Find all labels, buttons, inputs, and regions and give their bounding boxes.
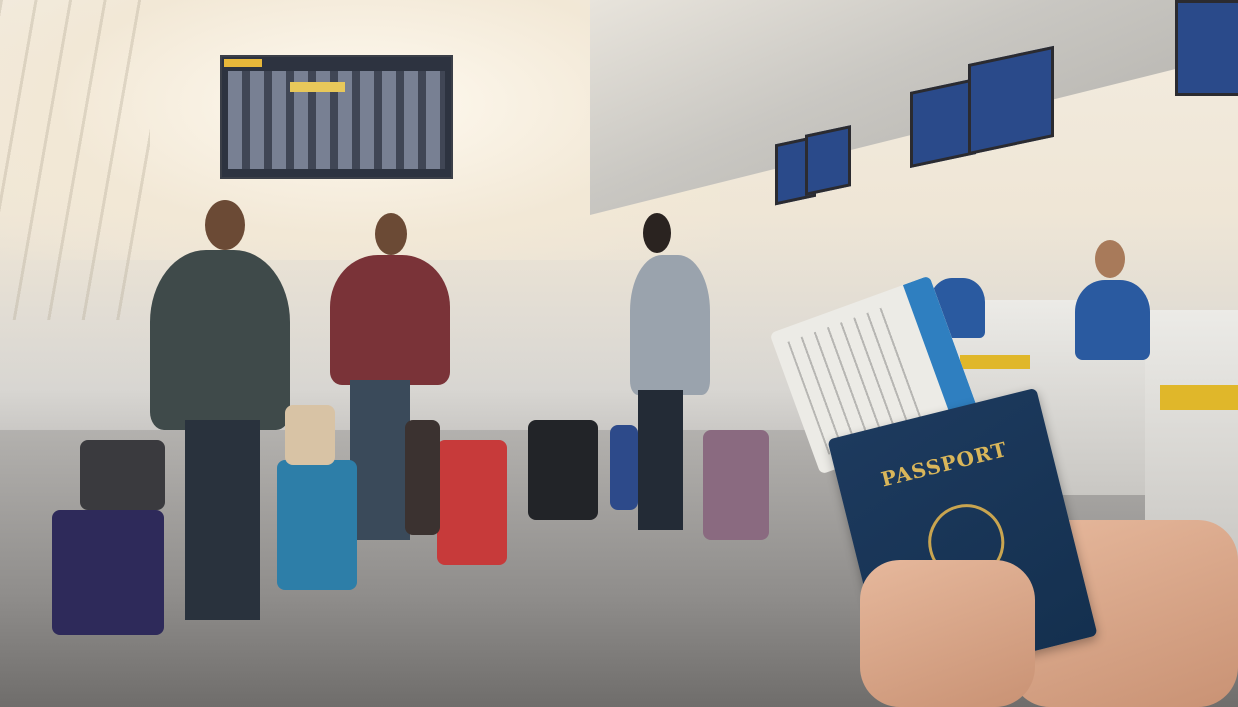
traveler-grey-jacket [630, 255, 710, 395]
window-frame [0, 0, 150, 320]
check-in-monitor [805, 125, 851, 196]
check-in-monitor [910, 78, 976, 168]
suitcase-brown [405, 420, 440, 535]
check-in-monitor [968, 46, 1054, 155]
counter-stripe [960, 355, 1030, 369]
traveler-legs [638, 390, 683, 530]
suitcase-navy [610, 425, 638, 510]
suitcase-red [437, 440, 507, 565]
traveler-head [643, 213, 671, 253]
counter-stripe [1160, 385, 1238, 410]
traveler-legs [350, 380, 410, 540]
traveler-red-shirt [330, 255, 450, 385]
traveler-head [205, 200, 245, 250]
left-hand [860, 560, 1035, 707]
passport-title: PASSPORT [837, 427, 1051, 502]
agent-head [1095, 240, 1125, 278]
traveler-backpack [150, 250, 290, 430]
flight-information-board [220, 55, 453, 179]
tote-bag [285, 405, 335, 465]
suitcase-purple [52, 510, 164, 635]
suitcase-blue [277, 460, 357, 590]
traveler-head [375, 213, 407, 255]
suitcase-mauve [703, 430, 769, 540]
agent [1075, 280, 1150, 360]
check-in-monitor [1175, 0, 1238, 96]
traveler-legs [185, 420, 260, 620]
duffel-bag [80, 440, 165, 510]
suitcase-black [528, 420, 598, 520]
